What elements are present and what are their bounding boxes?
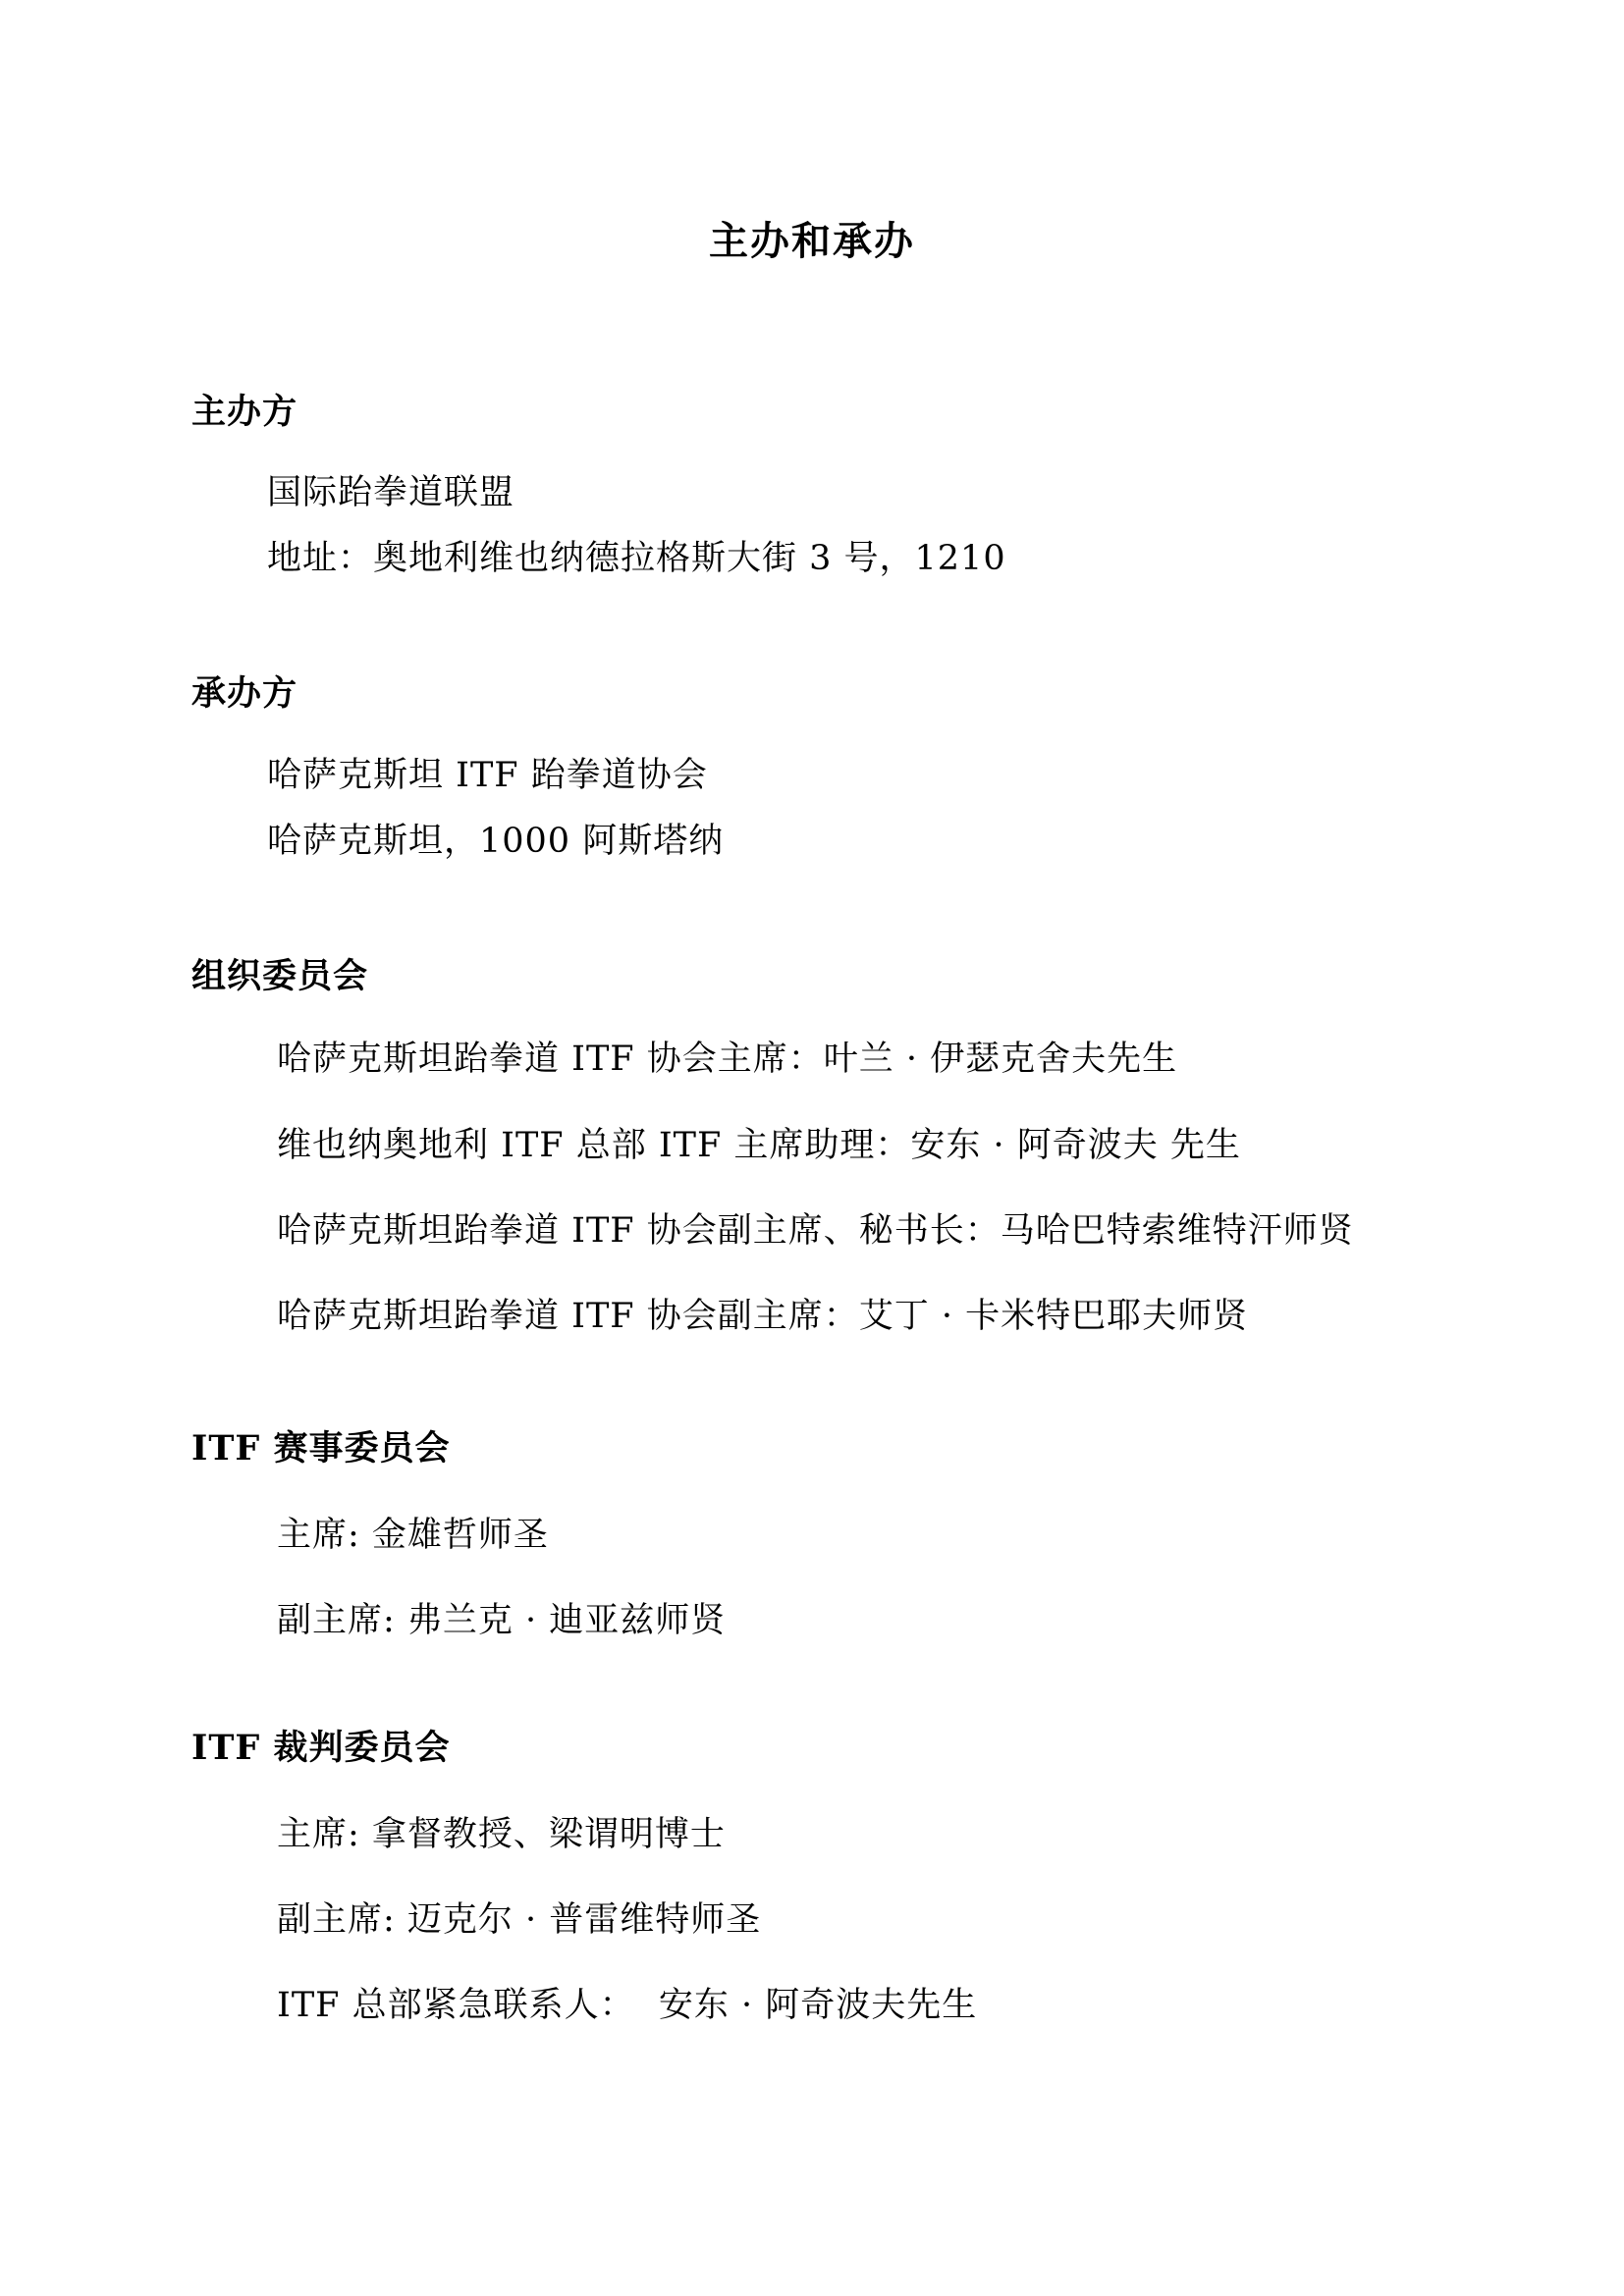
committee-member: 哈萨克斯坦跆拳道 ITF 协会副主席：艾丁 · 卡米特巴耶夫师贤	[277, 1293, 1248, 1340]
organizer-address: 哈萨克斯坦，1000 阿斯塔纳	[267, 818, 724, 865]
tournament-chairman: 主席: 金雄哲师圣	[277, 1512, 549, 1559]
page-title: 主办和承办	[0, 214, 1624, 269]
tournament-vice-chairman: 副主席: 弗兰克 · 迪亚兹师贤	[277, 1597, 726, 1644]
organizer-name: 哈萨克斯坦 ITF 跆拳道协会	[267, 752, 708, 799]
committee-member: 哈萨克斯坦跆拳道 ITF 协会主席：叶兰 · 伊瑟克舍夫先生	[277, 1036, 1177, 1083]
section-heading-organizing-committee: 组织委员会	[191, 953, 368, 1000]
umpire-vice-chairman: 副主席: 迈克尔 · 普雷维特师圣	[277, 1896, 761, 1944]
section-heading-host: 主办方	[191, 389, 298, 436]
host-organization: 国际跆拳道联盟	[267, 469, 514, 516]
committee-member: 哈萨克斯坦跆拳道 ITF 协会副主席、秘书长：马哈巴特索维特汗师贤	[277, 1207, 1354, 1255]
section-heading-organizer: 承办方	[191, 670, 298, 718]
umpire-chairman: 主席: 拿督教授、梁谓明博士	[277, 1811, 726, 1858]
host-address: 地址：奥地利维也纳德拉格斯大街 3 号，1210	[267, 535, 1006, 582]
committee-member: 维也纳奥地利 ITF 总部 ITF 主席助理：安东 · 阿奇波夫 先生	[277, 1122, 1241, 1169]
section-heading-umpire-committee: ITF 裁判委员会	[191, 1725, 450, 1772]
document-page: 主办和承办 主办方 国际跆拳道联盟 地址：奥地利维也纳德拉格斯大街 3 号，12…	[0, 0, 1624, 2296]
emergency-contact: ITF 总部紧急联系人： 安东 · 阿奇波夫先生	[277, 1982, 977, 2029]
section-heading-tournament-committee: ITF 赛事委员会	[191, 1425, 450, 1472]
